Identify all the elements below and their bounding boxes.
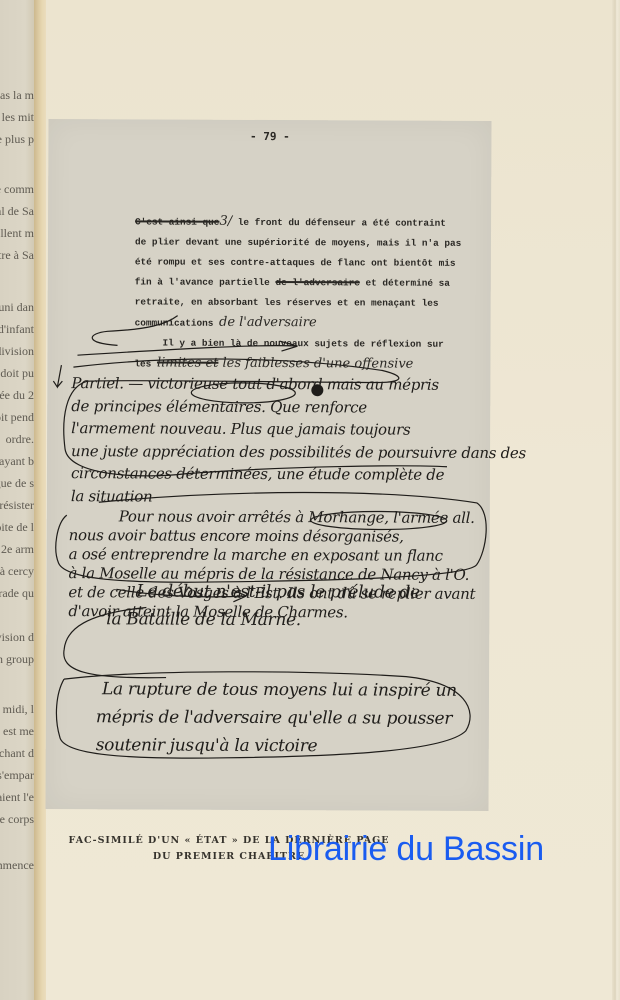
typed-text: C'est ainsi que3/ le front du défenseur … (134, 211, 480, 376)
left-page-line: e les mit (0, 110, 34, 125)
handwritten-annotation: de l'adversaire (219, 315, 317, 330)
left-facing-page: pas la me les mitle plus pne le comméral… (0, 0, 36, 1000)
typed-line: fin à l'avance partielle de l'adversaire… (135, 272, 480, 294)
typed-line: Il y a bien là de nouveaux sujets de réf… (134, 333, 479, 355)
left-page-line: ivision d (0, 630, 34, 645)
handwritten-line: une juste appréciation des possibilités … (71, 440, 526, 464)
left-page-line: un group (0, 652, 34, 667)
struck-text: de l'adversaire (275, 277, 359, 288)
handwritten-annotation: 3/ (219, 214, 232, 229)
handwritten-line: Partiel. — victorieuse tout d'abord mais… (71, 372, 526, 396)
left-page-line: 15e corps (0, 812, 34, 827)
typed-text-segment: fin à l'avance partielle (135, 276, 276, 288)
handwritten-annotation: les faiblesses d'une offensive (218, 356, 413, 372)
struck-text: C'est ainsi que (135, 216, 219, 227)
handwritten-line: La rupture de tous moyens lui a inspiré … (96, 675, 457, 705)
left-page-line: s'empar (0, 768, 34, 783)
left-page-line: ournée du 2 (0, 388, 34, 403)
handwritten-line: a osé entreprendre la marche en exposant… (69, 545, 476, 566)
handwritten-line: Pour nous avoir arrêtés à Morhange, l'ar… (69, 507, 476, 528)
handwritten-line: soutenir jusqu'à la victoire (96, 731, 457, 761)
left-page-line: ée ayant b (0, 454, 34, 469)
handwritten-block-1: Partiel. — victorieuse tout d'abord mais… (71, 372, 526, 509)
handwritten-line: mépris de l'adversaire qu'elle a su pous… (96, 703, 457, 733)
typed-line: de plier devant une supériorité de moyen… (135, 232, 480, 254)
typed-text-segment: communications (135, 317, 219, 328)
left-page-line: xcellent m (0, 226, 34, 241)
page-edge (612, 0, 620, 1000)
handwritten-line: circonstances déterminées, une étude com… (71, 462, 526, 486)
left-page-line: taient l'e (0, 790, 34, 805)
left-page-line: à cercy (0, 564, 34, 579)
left-page-line: doit pend (0, 410, 34, 425)
left-page-line: tre à Sa (0, 248, 34, 263)
handwritten-line: la Bataille de la Marne. (96, 605, 457, 635)
spacer (96, 633, 457, 677)
left-page-line: doit pu (0, 366, 34, 381)
left-page-line: commence (0, 858, 34, 873)
left-page-line: 2e arm (1, 542, 34, 557)
handwritten-line: nous avoir battus encore moins désorgani… (69, 526, 476, 547)
handwritten-line: de principes élémentaires. Que renforce (71, 395, 526, 419)
left-page-line: ordre. (6, 432, 34, 447)
left-page-line: de résister (0, 498, 34, 513)
left-page-line: 9e division (0, 344, 34, 359)
left-page-line: ne le comm (0, 182, 34, 197)
handwritten-block-3: Le début n'est-il pas le prélude de la B… (96, 649, 457, 761)
left-page-line: chant d (0, 746, 34, 761)
watermark-text: Librairie du Bassin (268, 830, 544, 869)
left-page-line: midi, l (3, 702, 34, 717)
left-page-line: pas la m (0, 88, 34, 103)
struck-text: limites et (157, 356, 219, 371)
left-page-line: roite de l (0, 520, 34, 535)
typed-line: été rompu et ses contre-attaques de flan… (135, 252, 480, 274)
typed-text-segment: les (134, 358, 157, 369)
left-page-line: est me (3, 724, 34, 739)
left-page-line: éral de Sa (0, 204, 34, 219)
left-page-line: rade qu (0, 586, 34, 601)
facsimile-page-number: - 79 - (48, 129, 491, 144)
handwritten-line: Le début n'est-il pas le prélude de (96, 577, 457, 607)
facsimile-plate: - 79 - C'est ainsi que3/ le front du déf… (45, 119, 491, 811)
typed-line: retraite, en absorbant les réserves et e… (135, 292, 480, 314)
left-page-line: le plus p (0, 132, 34, 147)
left-page-line: réuni dan (0, 300, 34, 315)
typed-line: communications de l'adversaire (135, 312, 480, 335)
typed-text-segment: et déterminé sa (360, 277, 450, 288)
left-page-line: tigue de s (0, 476, 34, 491)
typed-text-segment: le front du défenseur a été contraint (232, 217, 446, 229)
left-page-line: n d'infant (0, 322, 34, 337)
handwritten-line: la situation (71, 485, 526, 509)
typed-line: C'est ainsi que3/ le front du défenseur … (135, 211, 480, 234)
handwritten-line: l'armement nouveau. Plus que jamais touj… (71, 417, 526, 441)
